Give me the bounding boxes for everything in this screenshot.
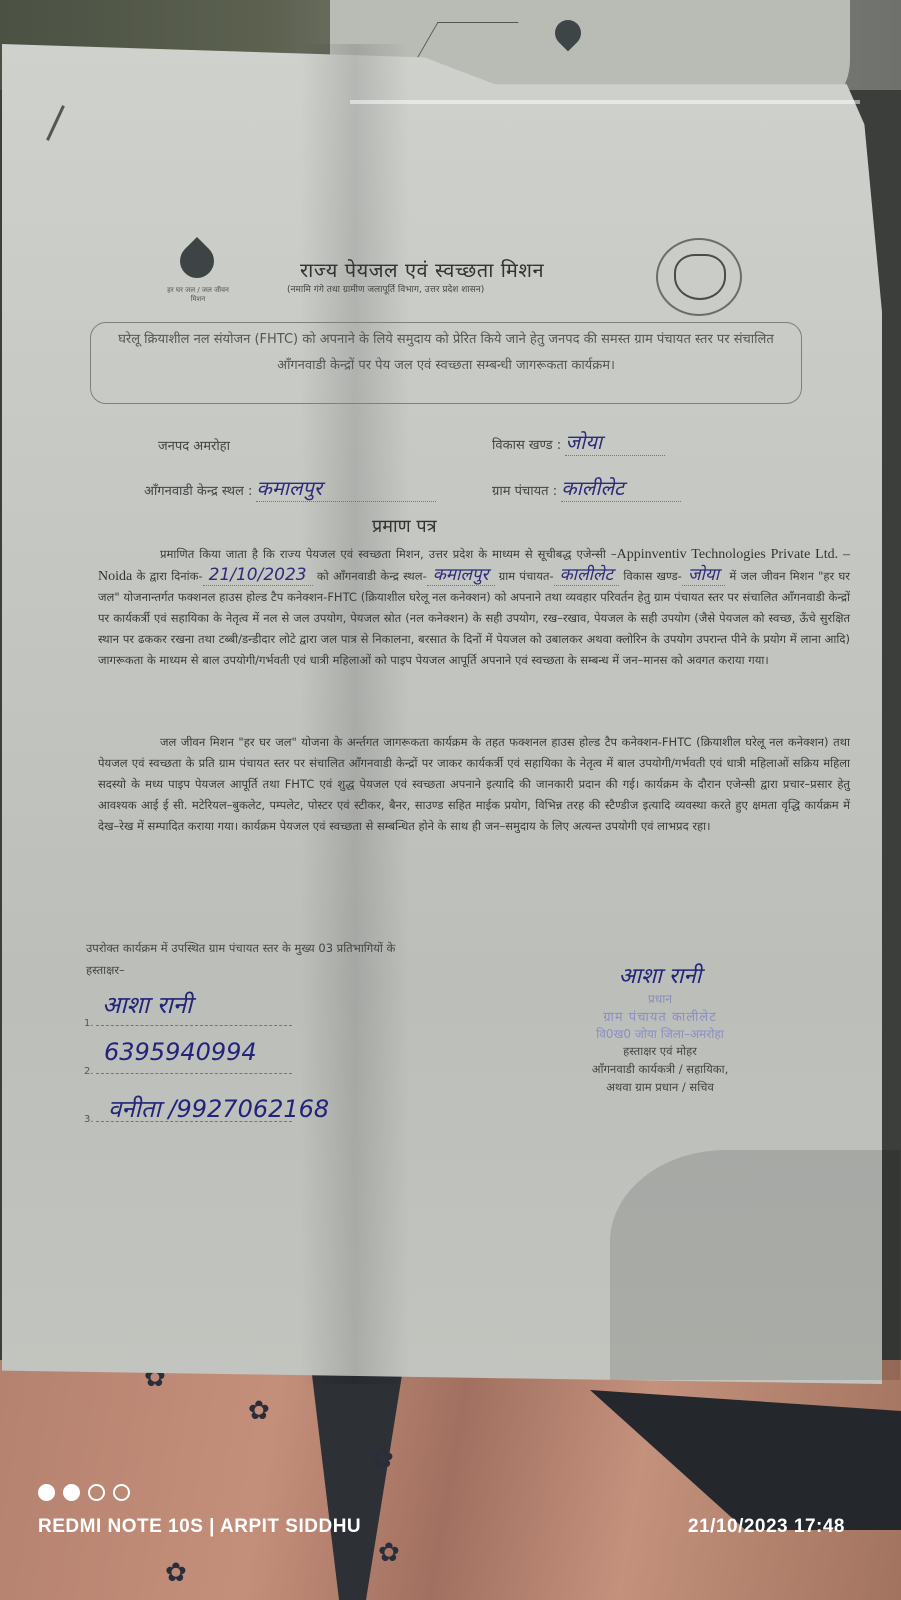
anganwadi-centre-field: आँगनवाडी केन्द्र स्थल : कमालपुर <box>144 474 436 502</box>
certificate-paragraph-1: प्रमाणित किया जाता है कि राज्य पेयजल एवं… <box>98 544 850 671</box>
stamp-line-1: ग्राम पंचायत कालीलेट <box>560 1007 760 1025</box>
district-label: जनपद <box>158 439 189 454</box>
paper-shadow <box>300 44 410 1384</box>
block-value: जोया <box>565 430 602 454</box>
up-government-emblem-icon <box>656 238 742 316</box>
flower-icon: ✿ <box>165 1560 187 1586</box>
block-field: विकास खण्ड : जोया <box>492 428 665 456</box>
flower-icon: ✿ <box>378 1540 400 1566</box>
flower-icon: ✿ <box>248 1398 270 1424</box>
program-banner: घरेलू क्रियाशील नल संयोजन (FHTC) को अपना… <box>90 322 802 404</box>
participant-1-signature: आशा रानी <box>102 988 192 1021</box>
document-title: प्रमाण पत्र <box>372 514 437 538</box>
event-date: 21/10/2023 <box>203 565 313 586</box>
panchayat-value: कालीलेट <box>561 476 624 500</box>
organization-title: राज्य पेयजल एवं स्वच्छता मिशन <box>300 256 544 283</box>
participant-2-signature: 6395940994 <box>104 1038 257 1066</box>
stamp-caption-2: आँगनवाडी कार्यकत्री / सहायिका, <box>560 1060 760 1078</box>
stamp-line-2: वि0ख0 जोया जिला–अमरोहा <box>560 1025 760 1042</box>
dot-empty-icon <box>113 1484 130 1501</box>
camera-datetime: 21/10/2023 17:48 <box>688 1516 845 1538</box>
paper-shadow <box>610 1150 900 1380</box>
centre-label: आँगनवाडी केन्द्र स्थल : <box>144 484 252 499</box>
pradhan-stamp: आशा रानी प्रधान ग्राम पंचायत कालीलेट वि0… <box>560 960 760 1096</box>
paper-fold <box>350 100 860 104</box>
stamp-role: प्रधान <box>560 990 760 1007</box>
district-field: जनपद अमरोहा <box>158 436 230 454</box>
block-label: विकास खण्ड : <box>492 438 561 453</box>
stamp-caption-3: अथवा ग्राम प्रधान / सचिव <box>560 1078 760 1096</box>
organization-subtitle: (नमामि गंगे तथा ग्रामीण जलापूर्ति विभाग,… <box>287 282 484 295</box>
panchayat-label: ग्राम पंचायत : <box>492 484 557 499</box>
dot-filled-icon <box>63 1484 80 1501</box>
flower-icon: ✿ <box>372 1446 394 1472</box>
stamp-caption-1: हस्ताक्षर एवं मोहर <box>560 1042 760 1060</box>
participant-3-signature: वनीता /9927062168 <box>108 1092 329 1125</box>
participants-intro: उपरोक्त कार्यक्रम में उपस्थित ग्राम पंचा… <box>86 937 395 981</box>
signature-line-2: 2. <box>84 1066 292 1077</box>
logo-caption: हर घर जल / जल जीवन मिशन <box>166 286 230 304</box>
dot-filled-icon <box>38 1484 55 1501</box>
camera-device-label: REDMI NOTE 10S | ARPIT SIDDHU <box>38 1516 361 1538</box>
district-value: अमरोहा <box>193 439 230 454</box>
certificate-paragraph-2: जल जीवन मिशन "हर घर जल" योजना के अर्न्तग… <box>98 732 850 837</box>
pradhan-signature: आशा रानी <box>560 960 760 990</box>
centre-value: कमालपुर <box>256 476 322 500</box>
inline-block: जोया <box>682 565 725 586</box>
watermark-dots <box>38 1484 130 1501</box>
dot-empty-icon <box>88 1484 105 1501</box>
gram-panchayat-field: ग्राम पंचायत : कालीलेट <box>492 474 681 502</box>
inline-centre: कमालपुर <box>427 565 495 586</box>
inline-panchayat: कालीलेट <box>554 565 619 586</box>
